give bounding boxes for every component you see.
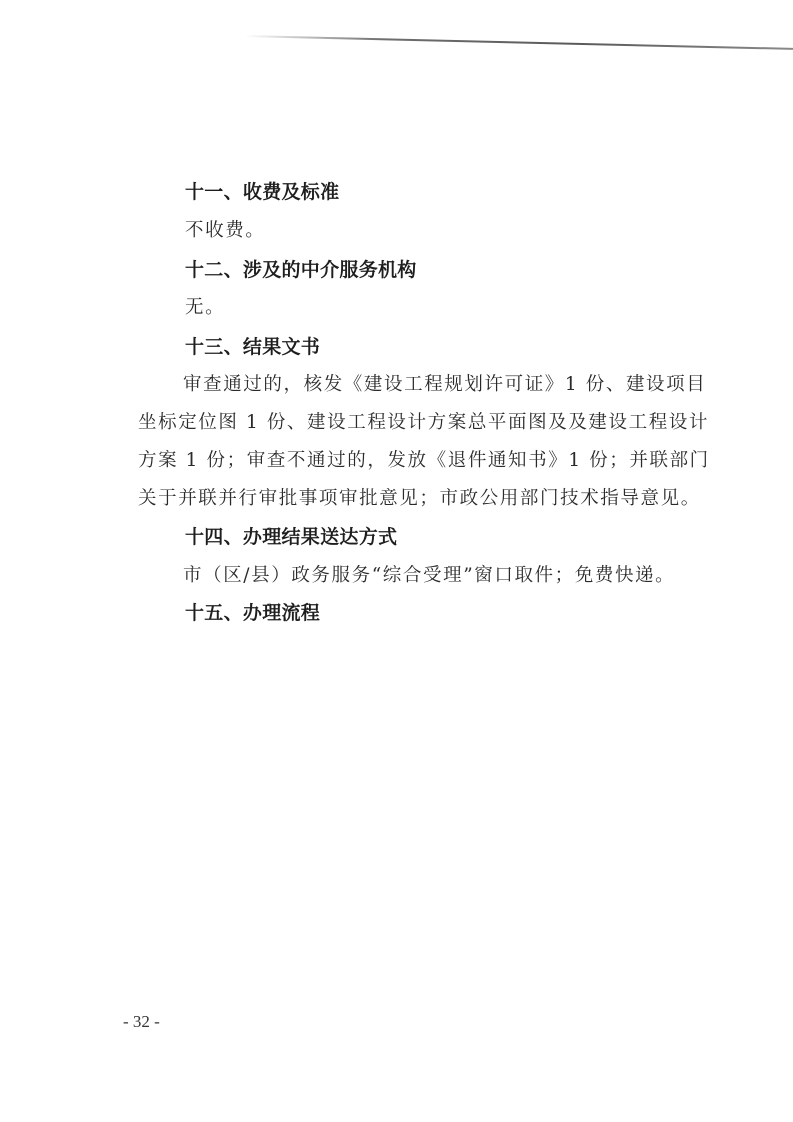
section-body-result-documents-line-2: 坐标定位图 1 份、建设工程设计方案总平面图及及建设工程设计 [138,414,709,433]
section-heading-delivery-method: 十四、办理结果送达方式 [185,528,397,547]
section-heading-process: 十五、办理流程 [185,604,320,623]
section-heading-fees: 十一、收费及标准 [185,183,339,202]
section-heading-intermediary: 十二、涉及的中介服务机构 [185,261,417,280]
section-body-result-documents-line-1: 审查通过的，核发《建设工程规划许可证》1 份、建设项目 [183,376,706,395]
section-body-intermediary: 无。 [185,299,225,318]
section-body-fees: 不收费。 [185,222,265,241]
section-body-result-documents-line-4: 关于并联并行审批事项审批意见；市政公用部门技术指导意见。 [138,490,701,509]
section-body-result-documents-line-3: 方案 1 份；审查不通过的，发放《退件通知书》1 份；并联部门 [138,452,710,471]
section-body-delivery-method: 市（区/县）政务服务“综合受理”窗口取件；免费快递。 [183,567,675,586]
scan-artifact-line [245,35,793,50]
page-number: - 32 - [123,1012,160,1032]
section-heading-result-documents: 十三、结果文书 [185,338,320,357]
